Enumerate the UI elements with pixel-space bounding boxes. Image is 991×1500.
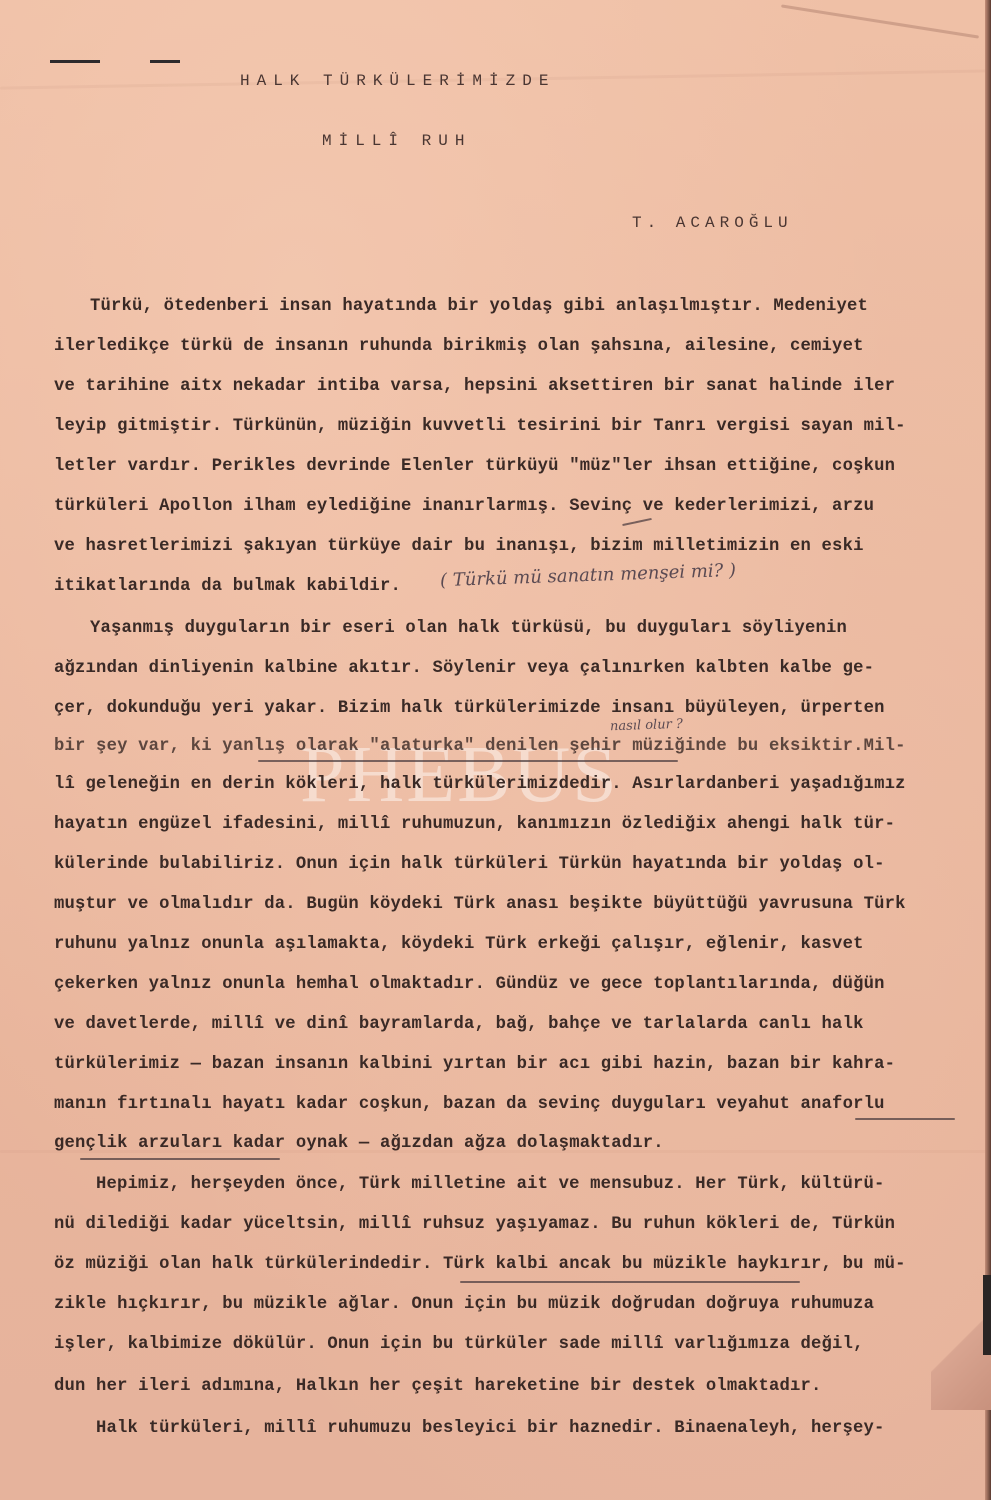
text-line: ağzından dinliyenin kalbine akıtır. Söyl… xyxy=(54,659,874,678)
heading-mark xyxy=(150,60,180,63)
text-line: türkülerimiz — bazan insanın kalbini yır… xyxy=(54,1055,895,1074)
heading-mark xyxy=(50,60,100,63)
handwritten-underline xyxy=(460,1281,800,1283)
text-line: ve hasretlerimizi şakıyan türküye dair b… xyxy=(54,537,864,556)
text-line: Yaşanmış duyguların bir eseri olan halk … xyxy=(90,619,847,638)
text-line: türküleri Apollon ilham eylediğine inanı… xyxy=(54,497,874,516)
text-line: Türkü, ötedenberi insan hayatında bir yo… xyxy=(90,297,868,316)
handwritten-underline xyxy=(80,1158,280,1160)
text-line: muştur ve olmalıdır da. Bugün köydeki Tü… xyxy=(54,895,906,914)
text-line: lî geleneğin en derin kökleri, halk türk… xyxy=(54,775,906,794)
document-author: T. ACAROĞLU xyxy=(632,214,793,232)
text-line: manın fırtınalı hayatı kadar coşkun, baz… xyxy=(54,1095,885,1114)
text-line: çer, dokunduğu yeri yakar. Bizim halk tü… xyxy=(54,699,885,718)
text-line: zikle hıçkırır, bu müzikle ağlar. Onun i… xyxy=(54,1295,874,1314)
text-line: nü dilediği kadar yüceltsin, millî ruhsu… xyxy=(54,1215,895,1234)
text-line: itikatlarında da bulmak kabildir. xyxy=(54,577,401,596)
text-line: Hepimiz, herşeyden önce, Türk milletine … xyxy=(96,1175,885,1194)
text-line: ve tarihine aitx nekadar intiba varsa, h… xyxy=(54,377,895,396)
handwritten-underline xyxy=(855,1118,955,1120)
text-line: ilerledikçe türkü de insanın ruhunda bir… xyxy=(54,337,864,356)
text-line: leyip gitmiştir. Türkünün, müziğin kuvve… xyxy=(54,417,906,436)
text-line: külerinde bulabiliriz. Onun için halk tü… xyxy=(54,855,885,874)
text-line: bir şey var, ki yanlış olarak "alaturka"… xyxy=(54,737,906,756)
document-subtitle: MİLLÎ RUH xyxy=(322,132,471,150)
handwritten-annotation: nasıl olur ? xyxy=(610,717,683,735)
text-line: hayatın engüzel ifadesini, millî ruhumuz… xyxy=(54,815,895,834)
torn-corner-shadow xyxy=(983,1275,991,1355)
text-line: ruhunu yalnız onunla aşılamakta, köydeki… xyxy=(54,935,864,954)
text-line: öz müziği olan halk türkülerindedir. Tür… xyxy=(54,1255,906,1274)
document-title: HALK TÜRKÜLERİMİZDE xyxy=(240,72,555,90)
torn-corner xyxy=(931,1290,991,1410)
text-line: gençlik arzuları kadar oynak — ağızdan a… xyxy=(54,1134,664,1153)
text-line: ve davetlerde, millî ve dinî bayramlarda… xyxy=(54,1015,864,1034)
text-line: Halk türküleri, millî ruhumuzu besleyici… xyxy=(96,1419,885,1438)
handwritten-underline xyxy=(258,760,678,762)
text-line: işler, kalbimize dökülür. Onun için bu t… xyxy=(54,1335,864,1354)
text-line: letler vardır. Perikles devrinde Elenler… xyxy=(54,457,895,476)
text-line: çekerken yalnız onunla hemhal olmaktadır… xyxy=(54,975,885,994)
text-line: dun her ileri adımına, Halkın her çeşit … xyxy=(54,1377,822,1396)
